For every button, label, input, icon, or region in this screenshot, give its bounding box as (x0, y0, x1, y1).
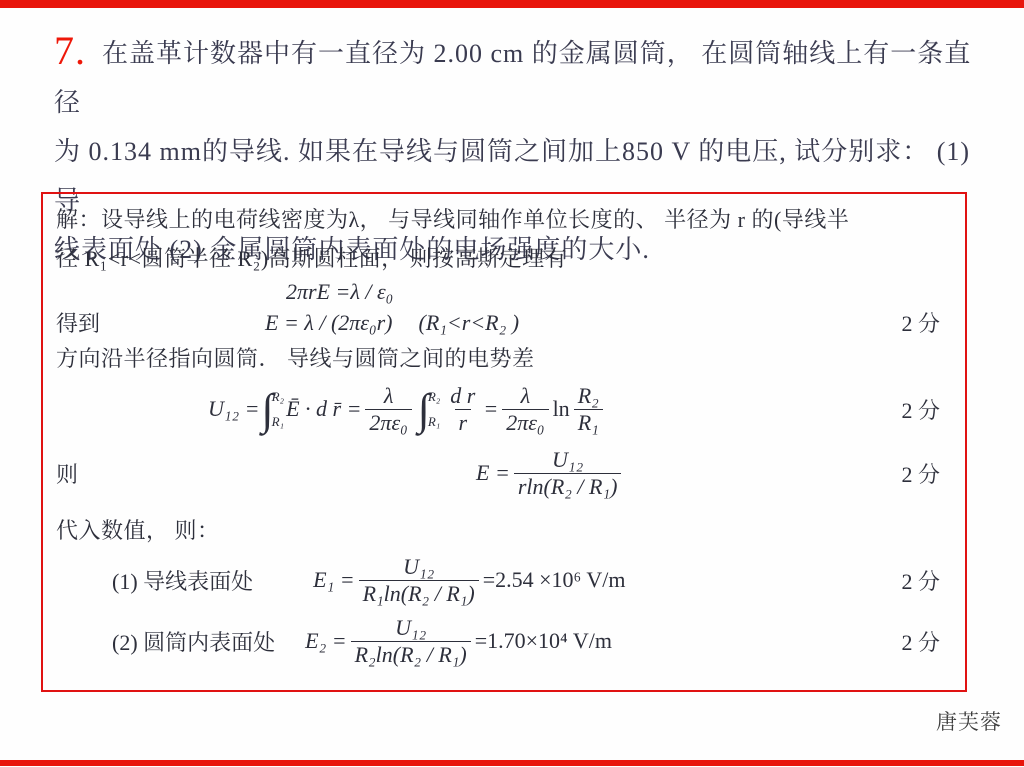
case2-row: (2) 圆筒内表面处 E₂ = U₁₂ R₂ln(R₂ / R₁) =1.70×… (56, 615, 952, 668)
slide: 7.在盖革计数器中有一直径为 2.00 cm 的金属圆筒， 在圆筒轴线上有一条直… (0, 0, 1024, 767)
label-then: 则 (56, 458, 78, 489)
integral-upper-bound: R₂ (272, 389, 284, 405)
integral-lower-bound: R₁ (428, 414, 440, 430)
score-badge: 2 分 (901, 307, 940, 338)
fraction-numerator: R₂ (574, 383, 603, 409)
field-equation-range: (R₁<r<R₂ ) (419, 310, 520, 336)
case2-fraction: U₁₂ R₂ln(R₂ / R₁) (351, 615, 471, 668)
problem-number: 7. (54, 28, 86, 73)
E-lhs: E = (476, 460, 510, 486)
lambda-fraction: λ 2πε₀ (365, 383, 411, 436)
dr-fraction: d r r (446, 383, 479, 436)
fraction-denominator: rln(R₂ / R₁) (514, 473, 622, 500)
integral: ∫ R₂ R₁ (418, 386, 441, 432)
substitute-line: 代入数值， 则： (56, 512, 952, 549)
label-obtain: 得到 (56, 307, 100, 338)
integral-upper-bound: R₂ (428, 389, 440, 405)
case1-result: =2.54 ×10⁶ V/m (483, 567, 626, 593)
fraction-numerator: U₁₂ (399, 554, 438, 580)
fraction-denominator: R₁ (574, 409, 603, 436)
fraction-numerator: λ (380, 383, 398, 409)
u12-equation: U₁₂ = ∫ R₂ R₁ Ē · d r̄ = λ 2πε₀ ∫ R₂ (208, 383, 607, 436)
solution-box: 解：设导线上的电荷线密度为λ， 与导线同轴作单位长度的、 半径为 r 的(导线半… (41, 192, 967, 692)
u12-integrand: Ē · d r̄ = (286, 396, 361, 422)
case1-lhs: E₁ = (313, 567, 354, 593)
bottom-red-bar (0, 760, 1024, 766)
E-equation-row: 则 E = U₁₂ rln(R₂ / R₁) 2 分 (56, 447, 952, 500)
integral-lower-bound: R₁ (272, 414, 284, 430)
case1-row: (1) 导线表面处 E₁ = U₁₂ R₁ln(R₂ / R₁) =2.54 ×… (56, 554, 952, 607)
gauss-equation-row: 2πrE =λ / ε₀ (56, 279, 952, 305)
fraction-numerator: λ (517, 383, 535, 409)
case2-lhs: E₂ = (305, 628, 346, 654)
ln-operator: ln (553, 396, 570, 422)
case2-result: =1.70×10⁴ V/m (475, 628, 612, 654)
equals-sign: = (483, 396, 498, 422)
score-badge: 2 分 (901, 458, 940, 489)
case2-label: (2) 圆筒内表面处 (112, 626, 275, 657)
u12-equation-row: U₁₂ = ∫ R₂ R₁ Ē · d r̄ = λ 2πε₀ ∫ R₂ (56, 383, 952, 436)
integral: ∫ R₂ R₁ (262, 386, 285, 432)
score-badge: 2 分 (901, 565, 940, 596)
field-equation: E = λ / (2πε₀r) (265, 310, 392, 336)
E-equation: E = U₁₂ rln(R₂ / R₁) (476, 447, 625, 500)
solution-intro-line-2: 径 R₁<r<圆筒半径 R₂)高斯圆柱面， 则按高斯定理有 (56, 240, 952, 277)
case1-fraction: U₁₂ R₁ln(R₂ / R₁) (359, 554, 479, 607)
fraction-denominator: R₂ln(R₂ / R₁) (351, 641, 471, 668)
radius-ratio-fraction: R₂ R₁ (574, 383, 603, 436)
problem-line: 7.在盖革计数器中有一直径为 2.00 cm 的金属圆筒， 在圆筒轴线上有一条直… (54, 26, 986, 127)
fraction-denominator: 2πε₀ (502, 409, 548, 436)
fraction-denominator: r (455, 409, 472, 436)
case2-equation: E₂ = U₁₂ R₂ln(R₂ / R₁) =1.70×10⁴ V/m (305, 615, 612, 668)
case1-equation: E₁ = U₁₂ R₁ln(R₂ / R₁) =2.54 ×10⁶ V/m (313, 554, 625, 607)
direction-line: 方向沿半径指向圆筒． 导线与圆筒之间的电势差 (56, 340, 952, 377)
fraction-denominator: 2πε₀ (365, 409, 411, 436)
integral-bounds: R₂ R₁ (272, 386, 284, 432)
case1-label: (1) 导线表面处 (112, 565, 253, 596)
fraction-numerator: d r (446, 383, 479, 409)
fraction-numerator: U₁₂ (391, 615, 430, 641)
fraction-numerator: U₁₂ (548, 447, 587, 473)
u12-lhs: U₁₂ = (208, 396, 260, 422)
lambda-fraction: λ 2πε₀ (502, 383, 548, 436)
field-equation-row: 得到 E = λ / (2πε₀r) (R₁<r<R₂ ) 2 分 (56, 307, 952, 338)
integral-bounds: R₂ R₁ (428, 386, 440, 432)
author-name: 唐芙蓉 (936, 706, 1006, 736)
solution-intro-line-1: 解：设导线上的电荷线密度为λ， 与导线同轴作单位长度的、 半径为 r 的(导线半 (56, 201, 952, 238)
score-badge: 2 分 (901, 394, 940, 425)
gauss-equation: 2πrE =λ / ε₀ (286, 279, 393, 305)
E-fraction: U₁₂ rln(R₂ / R₁) (514, 447, 622, 500)
top-red-bar (0, 0, 1024, 8)
problem-line-text: 在盖革计数器中有一直径为 2.00 cm 的金属圆筒， 在圆筒轴线上有一条直径 (54, 39, 971, 117)
score-badge: 2 分 (901, 626, 940, 657)
fraction-denominator: R₁ln(R₂ / R₁) (359, 580, 479, 607)
